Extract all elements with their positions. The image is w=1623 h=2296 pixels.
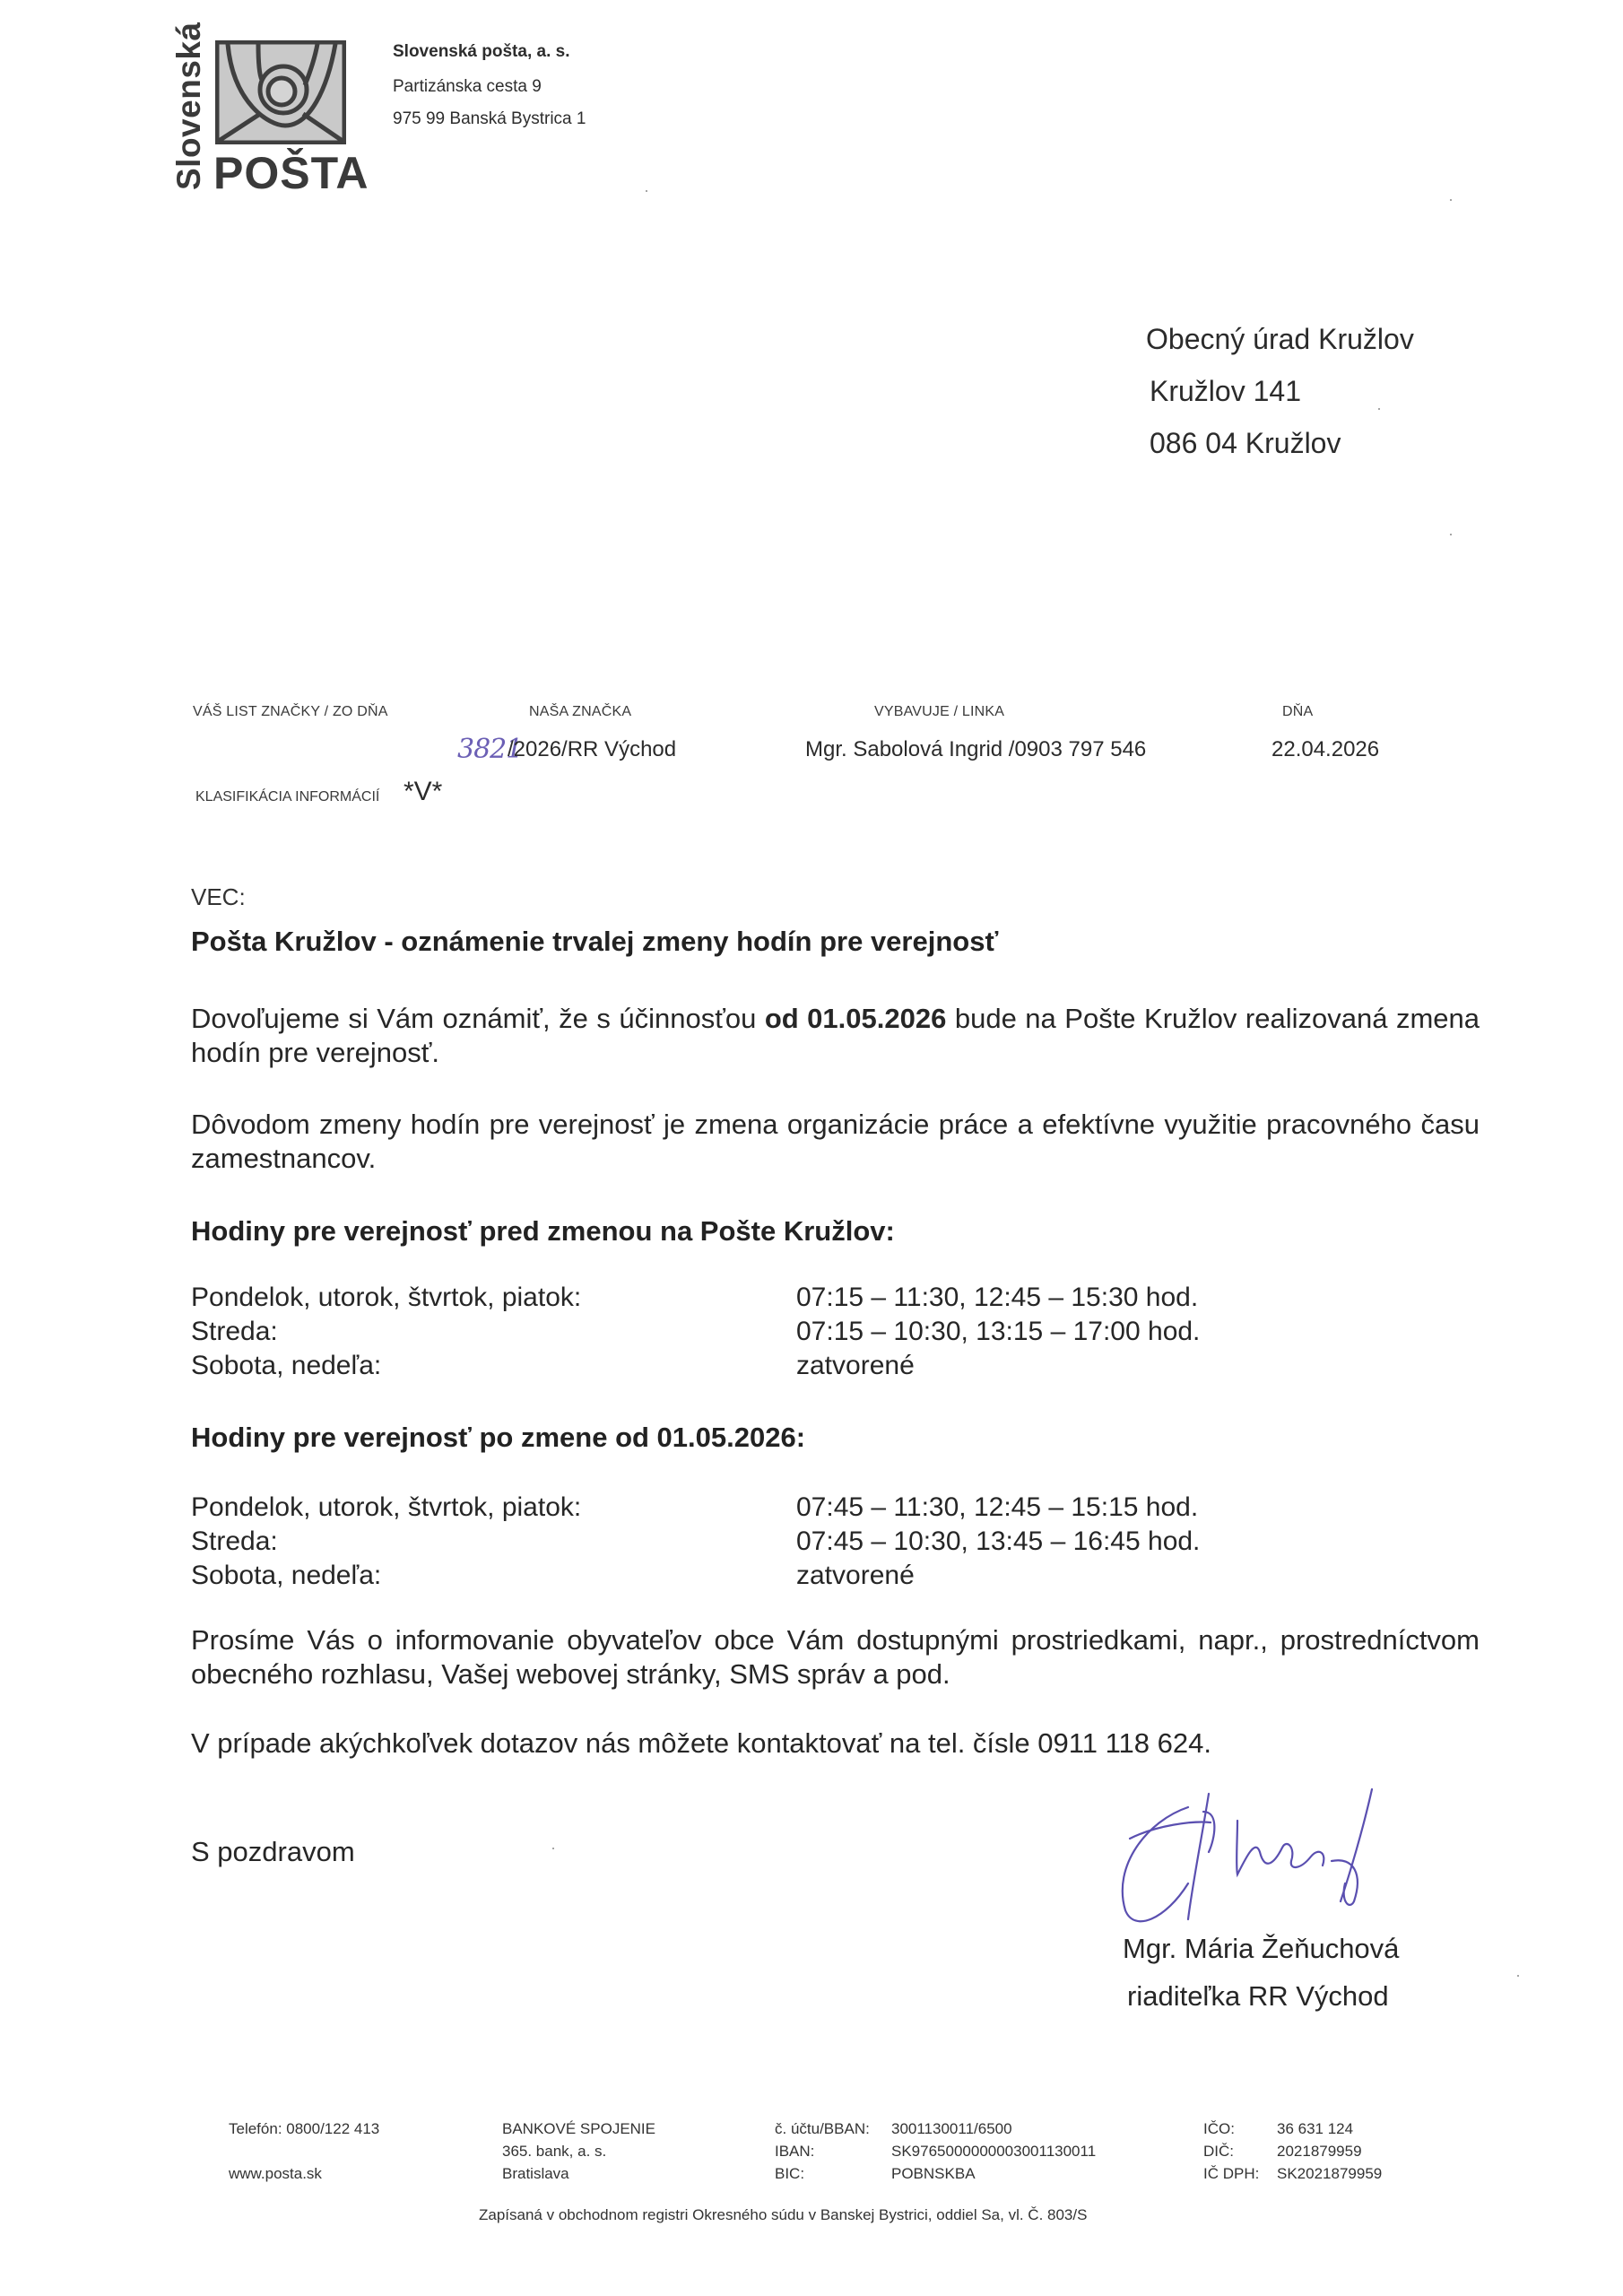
footer-dic-label: DIČ: [1203,2143,1234,2161]
footer-dic-value: 2021879959 [1277,2143,1362,2161]
hours-row: Streda:07:45 – 10:30, 13:45 – 16:45 hod. [191,1525,1357,1559]
hours-row: Streda:07:15 – 10:30, 13:15 – 17:00 hod. [191,1315,1357,1349]
post-horn-envelope-icon [215,40,346,144]
hours-days: Sobota, nedeľa: [191,1349,796,1383]
hours-days: Pondelok, utorok, štvrtok, piatok: [191,1281,796,1315]
footer-bic-value: POBNSKBA [891,2165,976,2183]
hours-time: 07:15 – 10:30, 13:15 – 17:00 hod. [796,1315,1200,1349]
recipient-street: Kružlov 141 [1150,375,1301,408]
handled-by-label: VYBAVUJE / LINKA [874,704,1004,720]
logo-posta-text: POŠTA [213,151,369,196]
hours-before-table: Pondelok, utorok, štvrtok, piatok:07:15 … [191,1281,1357,1383]
recipient-city: 086 04 Kružlov [1150,427,1341,460]
subject-label: VEC: [191,883,246,911]
footer-phone: Telefón: 0800/122 413 [229,2120,379,2138]
classification-value: *V* [404,777,442,807]
hours-days: Pondelok, utorok, štvrtok, piatok: [191,1491,796,1525]
hours-row: Sobota, nedeľa:zatvorené [191,1349,1357,1383]
footer-bank-name: 365. bank, a. s. [502,2143,606,2161]
effective-date: od 01.05.2026 [765,1003,947,1034]
scan-speck [552,1848,554,1849]
announcement-paragraph: Dovoľujeme si Vám oznámiť, že s účinnosť… [191,1002,1480,1070]
hours-time: 07:45 – 11:30, 12:45 – 15:15 hod. [796,1491,1198,1525]
hours-row: Pondelok, utorok, štvrtok, piatok:07:45 … [191,1491,1357,1525]
contact-paragraph: V prípade akýchkoľvek dotazov nás môžete… [191,1726,1480,1761]
footer-iban-value: SK9765000000003001130011 [891,2143,1096,2161]
footer-iban-label: IBAN: [775,2143,814,2161]
signer-role: riaditeľka RR Východ [1127,1980,1389,2013]
hours-days: Streda: [191,1525,796,1559]
hours-time: 07:15 – 11:30, 12:45 – 15:30 hod. [796,1281,1198,1315]
handwritten-signature [1103,1785,1480,1928]
footer-icdph-value: SK2021879959 [1277,2165,1382,2183]
hours-days: Sobota, nedeľa: [191,1559,796,1593]
hours-after-heading: Hodiny pre verejnosť po zmene od 01.05.2… [191,1422,805,1454]
scan-speck [1450,199,1452,201]
hours-time: 07:45 – 10:30, 13:45 – 16:45 hod. [796,1525,1200,1559]
footer-website-link[interactable]: www.posta.sk [229,2165,322,2183]
hours-days: Streda: [191,1315,796,1349]
footer-bank-city: Bratislava [502,2165,569,2183]
sender-street: Partizánska cesta 9 [393,77,542,97]
request-paragraph: Prosíme Vás o informovanie obyvateľov ob… [191,1623,1480,1692]
closing-greeting: S pozdravom [191,1836,355,1868]
hours-time: zatvorené [796,1559,915,1593]
scan-speck [1450,534,1452,535]
sender-company-name: Slovenská pošta, a. s. [393,42,569,62]
handled-by-value: Mgr. Sabolová Ingrid /0903 797 546 [805,737,1146,762]
subject-title: Pošta Kružlov - oznámenie trvalej zmeny … [191,926,998,958]
hours-row: Sobota, nedeľa:zatvorené [191,1559,1357,1593]
your-letter-label: VÁŠ LIST ZNAČKY / ZO DŇA [193,704,388,720]
sender-city: 975 99 Banská Bystrica 1 [393,109,586,129]
footer-register-note: Zapísaná v obchodnom registri Okresného … [479,2206,1087,2224]
classification-label: KLASIFIKÁCIA INFORMÁCIÍ [195,789,379,805]
scan-speck [1517,1975,1519,1977]
signer-name: Mgr. Mária Žeňuchová [1123,1933,1399,1965]
footer-icdph-label: IČ DPH: [1203,2165,1259,2183]
footer-bic-label: BIC: [775,2165,804,2183]
scan-speck [1378,408,1380,410]
our-ref-label: NAŠA ZNAČKA [529,704,631,720]
footer-ico-label: IČO: [1203,2120,1235,2138]
hours-after-table: Pondelok, utorok, štvrtok, piatok:07:45 … [191,1491,1357,1593]
recipient-name: Obecný úrad Kružlov [1146,323,1414,356]
our-ref-value: /2026/RR Východ [508,737,676,762]
logo-vertical-text: Slovenská [170,22,208,190]
date-label: DŇA [1282,704,1313,720]
hours-time: zatvorené [796,1349,915,1383]
footer-ico-value: 36 631 124 [1277,2120,1353,2138]
hours-row: Pondelok, utorok, štvrtok, piatok:07:15 … [191,1281,1357,1315]
scan-speck [646,190,647,192]
hours-before-heading: Hodiny pre verejnosť pred zmenou na Pošt… [191,1215,895,1248]
footer-account-label: č. účtu/BBAN: [775,2120,870,2138]
footer-bank-label: BANKOVÉ SPOJENIE [502,2120,655,2138]
footer-account-value: 3001130011/6500 [891,2120,1012,2138]
date-value: 22.04.2026 [1271,737,1379,762]
reason-paragraph: Dôvodom zmeny hodín pre verejnosť je zme… [191,1108,1480,1176]
announcement-text-start: Dovoľujeme si Vám oznámiť, že s účinnosť… [191,1003,765,1034]
